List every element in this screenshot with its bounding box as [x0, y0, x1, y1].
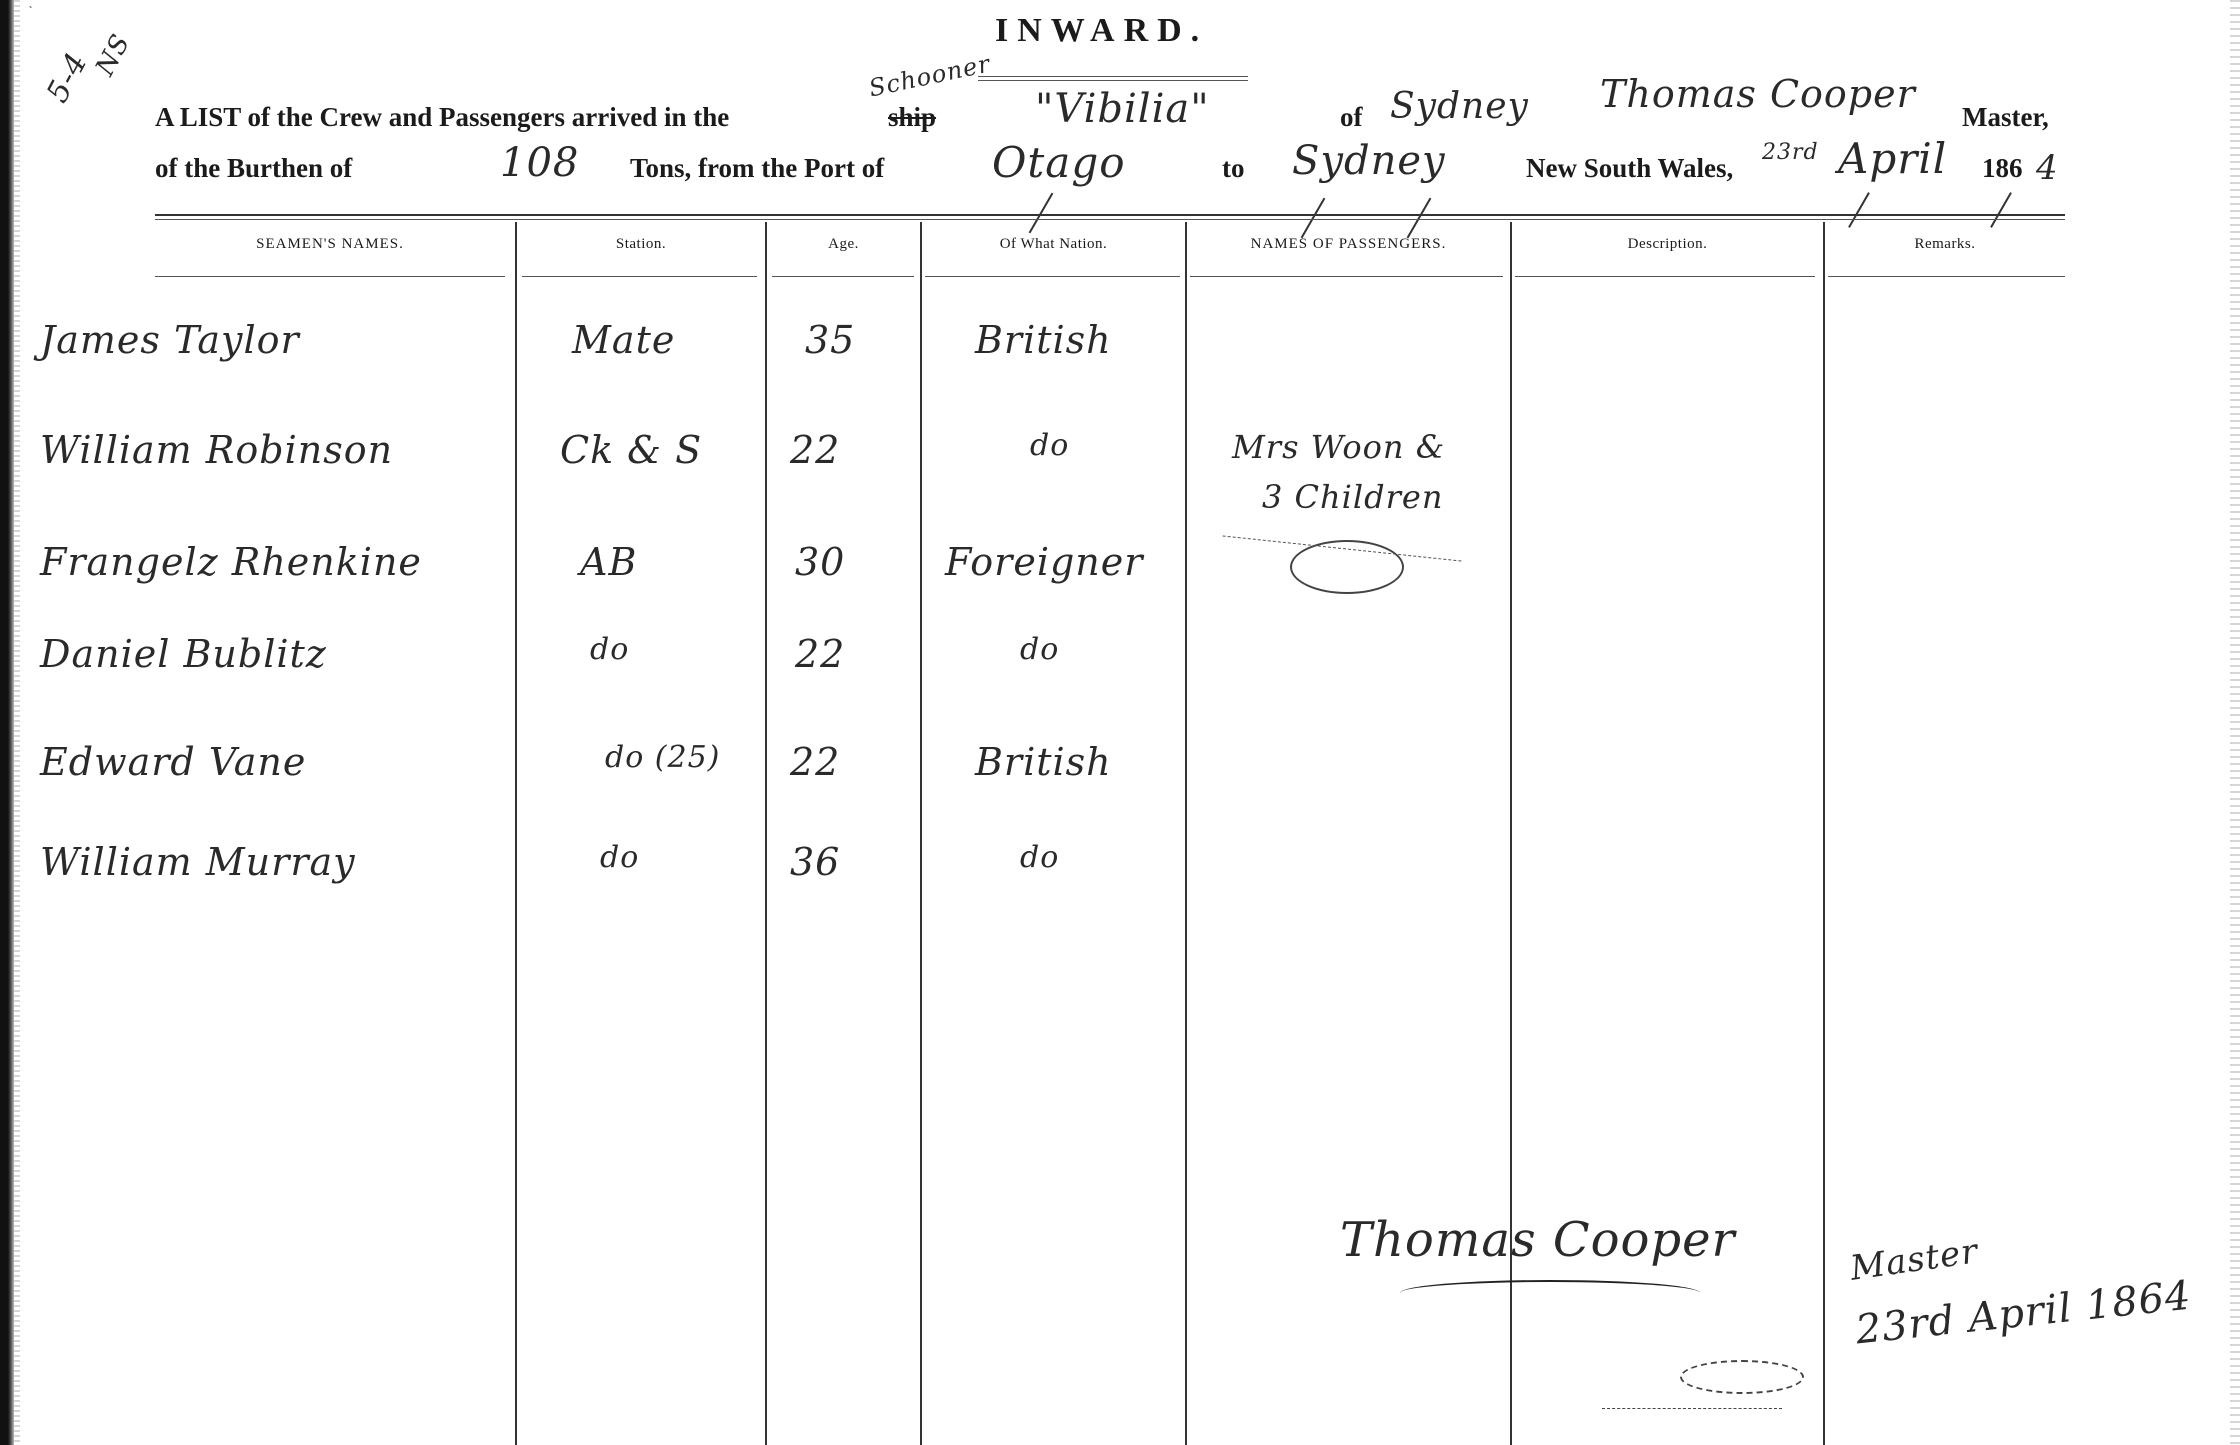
pen-stroke	[1407, 198, 1432, 239]
header-underline	[522, 276, 757, 277]
seaman-nation-ditto: do	[1030, 428, 1069, 463]
seaman-name: William Murray	[40, 840, 356, 884]
vessel-name: "Vibilia"	[1035, 86, 1210, 132]
seaman-age: 22	[795, 632, 845, 676]
table-top-rule	[155, 214, 2065, 216]
master-signature: Thomas Cooper	[1340, 1212, 1735, 1268]
column-header-seamens-names: SEAMEN'S NAMES.	[155, 236, 505, 253]
column-header-station: Station.	[517, 236, 765, 253]
table-top-rule-2	[155, 219, 2065, 220]
seaman-name: Daniel Bublitz	[40, 632, 327, 676]
date-month: April	[1838, 134, 1947, 183]
pen-stroke	[1029, 193, 1054, 234]
scan-right-edge	[2230, 0, 2240, 1445]
seaman-station: Ck & S	[560, 428, 702, 472]
burthen-label: of the Burthen of	[155, 153, 352, 184]
to-label: to	[1222, 153, 1245, 184]
header-line1-prefix: A LIST of the Crew and Passengers arrive…	[155, 102, 729, 133]
of-label: of	[1340, 102, 1363, 133]
seaman-nation: Foreigner	[945, 540, 1143, 584]
to-port: Sydney	[1292, 138, 1446, 184]
passenger-children: 3 Children	[1262, 478, 1443, 516]
column-divider	[515, 222, 517, 1445]
column-header-remarks: Remarks.	[1825, 236, 2065, 253]
column-header-nation: Of What Nation.	[922, 236, 1185, 253]
margin-annotation-initials: NS	[90, 29, 136, 81]
from-port: Otago	[992, 138, 1126, 187]
column-divider	[1823, 222, 1825, 1445]
seaman-station: AB	[580, 540, 637, 584]
tons-from-port-label: Tons, from the Port of	[630, 153, 884, 184]
column-divider	[1185, 222, 1187, 1445]
seaman-name: Edward Vane	[40, 740, 306, 784]
pen-stroke	[1990, 192, 2012, 228]
header-underline	[1515, 276, 1815, 277]
seaman-nation: British	[975, 740, 1112, 784]
pen-stroke	[1301, 198, 1326, 239]
date-day: 23rd	[1762, 140, 1819, 165]
seaman-station-ditto: do	[590, 632, 629, 667]
header-underline	[1190, 276, 1503, 277]
seaman-age: 22	[790, 428, 840, 472]
seaman-station-ditto: do	[600, 840, 639, 875]
seaman-station: do (25)	[605, 740, 720, 775]
document-heading: INWARD.	[995, 12, 1208, 50]
header-underline	[772, 276, 914, 277]
signature-role-note: Master	[1848, 1231, 1981, 1289]
seaman-nation-ditto: do	[1020, 632, 1059, 667]
signature-underline	[1400, 1280, 1700, 1306]
struck-word-ship: ship	[888, 102, 936, 133]
column-header-passenger-names: NAMES OF PASSENGERS.	[1187, 236, 1510, 253]
year-printed: 186	[1982, 153, 2023, 184]
date-flourish-tail	[1602, 1408, 1782, 1409]
vessel-name-rule	[978, 76, 1248, 77]
column-divider	[920, 222, 922, 1445]
column-divider	[765, 222, 767, 1445]
seaman-age: 36	[790, 840, 840, 884]
master-name: Thomas Cooper	[1600, 72, 1916, 116]
year-digit: 4	[2036, 148, 2059, 188]
passenger-name: Mrs Woon &	[1232, 428, 1445, 466]
seaman-name: William Robinson	[40, 428, 393, 472]
seaman-nation-ditto: do	[1020, 840, 1059, 875]
column-header-description: Description.	[1512, 236, 1823, 253]
home-port: Sydney	[1390, 86, 1529, 127]
colony-label: New South Wales,	[1526, 153, 1733, 184]
seaman-age: 35	[805, 318, 855, 362]
header-underline	[925, 276, 1180, 277]
pen-stroke	[1848, 192, 1870, 228]
header-underline	[1828, 276, 2065, 277]
tonnage: 108	[500, 140, 579, 186]
date-flourish	[1680, 1360, 1804, 1394]
seaman-station: Mate	[572, 318, 675, 362]
scan-binding-edge	[0, 0, 14, 1445]
column-header-age: Age.	[767, 236, 920, 253]
header-underline	[155, 276, 505, 277]
seaman-age: 30	[795, 540, 845, 584]
vessel-type: Schooner	[866, 49, 993, 102]
seaman-age: 22	[790, 740, 840, 784]
signature-date-note: 23rd April 1864	[1854, 1273, 2194, 1354]
margin-annotation-number: 5-4	[40, 47, 95, 109]
master-label: Master,	[1962, 102, 2049, 133]
seaman-name: James Taylor	[40, 318, 300, 362]
seaman-nation: British	[975, 318, 1112, 362]
seaman-name: Frangelz Rhenkine	[40, 540, 422, 584]
vessel-name-rule-2	[978, 80, 1248, 81]
margin-annotation-stroke	[29, 6, 31, 8]
